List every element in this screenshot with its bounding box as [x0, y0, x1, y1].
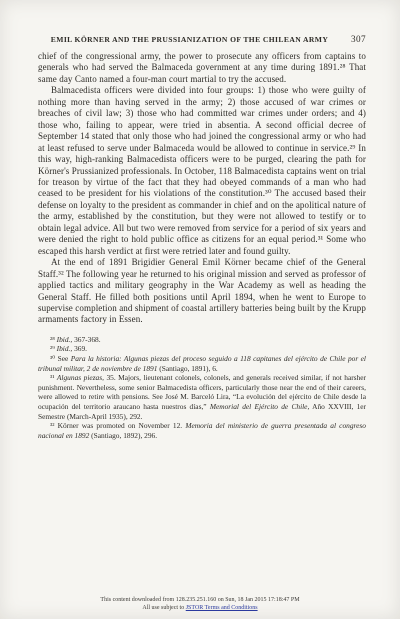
body-text: chief of the congressional army, the pow…: [38, 51, 366, 326]
body-paragraph: chief of the congressional army, the pow…: [38, 51, 366, 85]
footnote-segment: (Santiago, 1892), 296.: [89, 431, 157, 440]
footnote-segment: ³⁰ See: [50, 354, 71, 363]
footnote-segment: ³¹: [50, 373, 57, 382]
footnote-segment-italic: Algunas piezas,: [57, 373, 104, 382]
jstor-terms-link[interactable]: JSTOR Terms and Conditions: [186, 605, 258, 611]
footnote-segment: 367-368.: [72, 335, 100, 344]
footnotes-section: ²⁸ Ibid., 367-368.²⁹ Ibid., 369.³⁰ See P…: [38, 335, 366, 441]
footnote-segment: 369.: [72, 344, 87, 353]
footnote: ²⁹ Ibid., 369.: [38, 344, 366, 354]
footnote-segment: ²⁹: [50, 344, 57, 353]
article-title: EMIL KÖRNER AND THE PRUSSIANIZATION OF T…: [38, 35, 341, 44]
footnote: ³¹ Algunas piezas, 35. Majors, lieutenan…: [38, 373, 366, 421]
running-head: EMIL KÖRNER AND THE PRUSSIANIZATION OF T…: [38, 34, 366, 44]
terms-line-prefix: All use subject to: [142, 605, 185, 611]
footnote: ³⁰ See Para la historia: Algunas piezas …: [38, 354, 366, 373]
footnote: ²⁸ Ibid., 367-368.: [38, 335, 366, 345]
footnote: ³² Körner was promoted on November 12. M…: [38, 421, 366, 440]
terms-line: All use subject to JSTOR Terms and Condi…: [0, 605, 400, 613]
footnote-segment-italic: Ibid.,: [57, 335, 73, 344]
footnote-segment-italic: Memorial del Ejército de Chile,: [210, 402, 309, 411]
footnote-segment: ³² Körner was promoted on November 12.: [50, 421, 185, 430]
jstor-footer: This content downloaded from 128.235.251…: [0, 597, 400, 612]
scanned-page: EMIL KÖRNER AND THE PRUSSIANIZATION OF T…: [0, 0, 400, 619]
footnote-segment: ²⁸: [50, 335, 57, 344]
body-paragraph: At the end of 1891 Brigidier General Emi…: [38, 257, 366, 326]
body-paragraph: Balmacedista officers were divided into …: [38, 85, 366, 257]
footnote-segment: (Santiago, 1891), 6.: [157, 364, 217, 373]
footnote-segment-italic: Ibid.,: [57, 344, 73, 353]
page-number: 307: [351, 34, 366, 44]
download-stamp: This content downloaded from 128.235.251…: [0, 597, 400, 605]
